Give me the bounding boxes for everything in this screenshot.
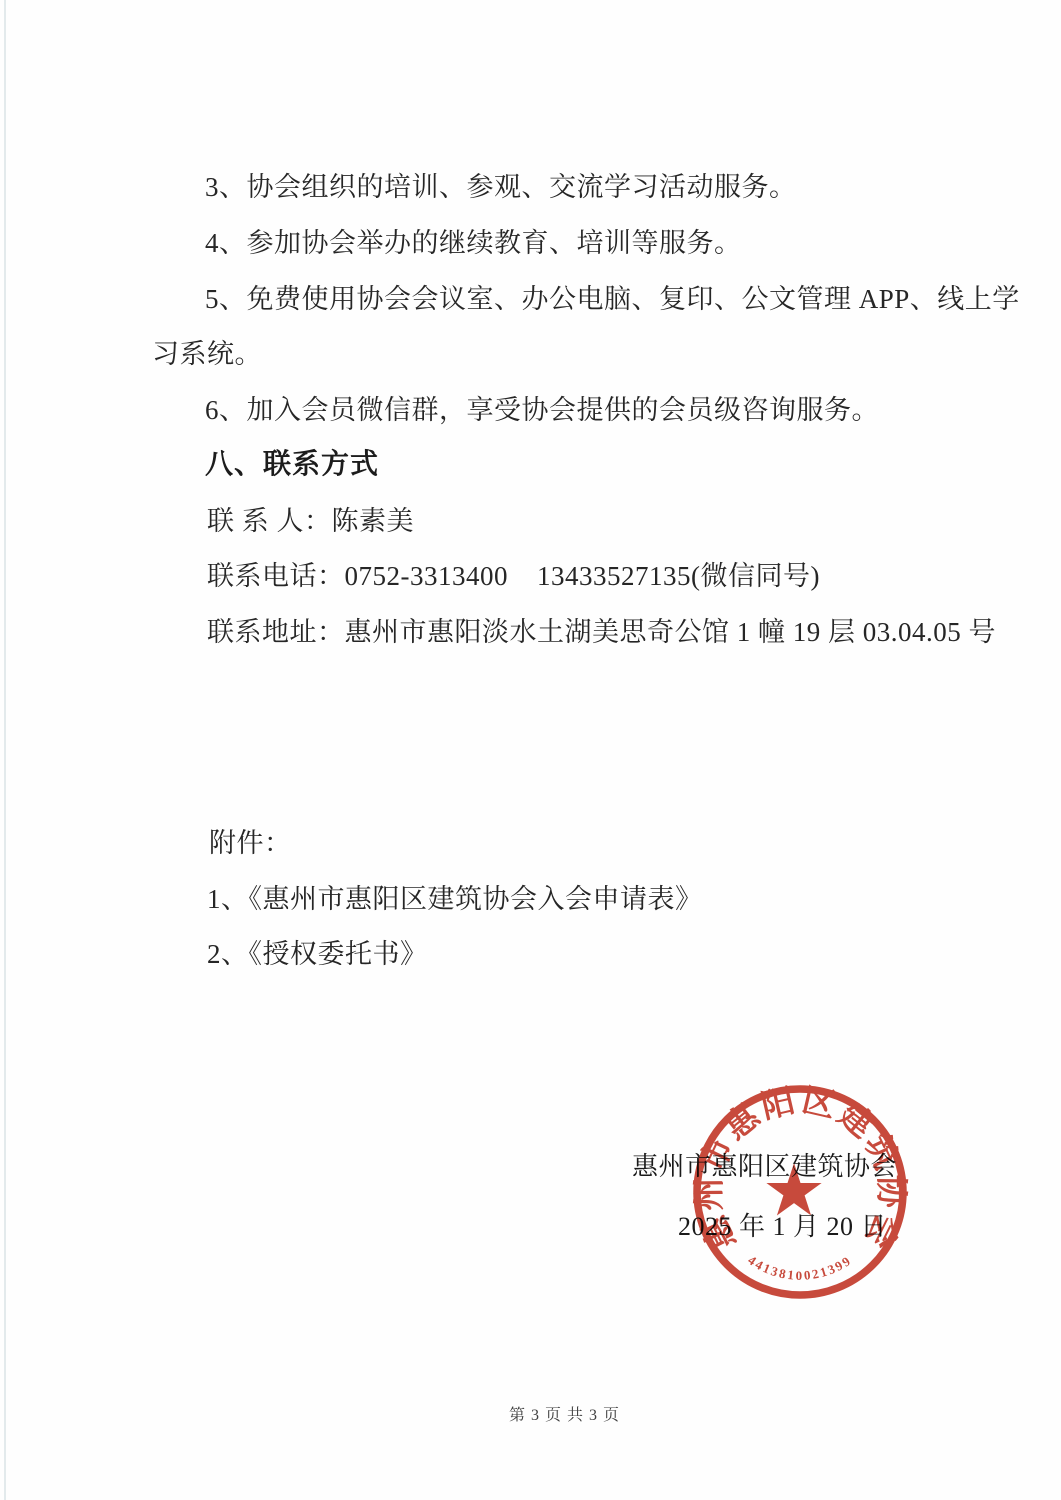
attachments-label: 附件： [209, 828, 292, 858]
body-line-service-5: 5、免费使用协会会议室、办公电脑、复印、公文管理 APP、线上学 [205, 284, 1020, 314]
attachment-item-1: 1、《惠州市惠阳区建筑协会入会申请表》 [207, 884, 703, 914]
seal-code: 4413810021399 [745, 1252, 854, 1283]
official-seal: 惠州市惠阳区建筑协会 4413810021399 [688, 1080, 912, 1304]
attachment-item-2: 2、《授权委托书》 [207, 939, 428, 969]
page-number-footer: 第 3 页 共 3 页 [509, 1401, 620, 1431]
body-line-service-4: 4、参加协会举办的继续教育、培训等服务。 [205, 228, 742, 258]
scan-edge-line [4, 0, 6, 1500]
seal-star-icon [766, 1163, 821, 1216]
contact-person-line: 联 系 人：陈素美 [207, 506, 414, 536]
contact-address-line: 联系地址：惠州市惠阳淡水土湖美思奇公馆 1 幢 19 层 03.04.05 号 [207, 617, 996, 647]
body-line-service-5-cont: 习系统。 [152, 339, 262, 369]
section-heading-contact: 八、联系方式 [205, 449, 379, 479]
seal-ring-text: 惠州市惠阳区建筑协会 [692, 1082, 909, 1257]
body-line-service-6: 6、加入会员微信群，享受协会提供的会员级咨询服务。 [205, 395, 879, 425]
body-line-service-3: 3、协会组织的培训、参观、交流学习活动服务。 [205, 172, 797, 202]
contact-phone-line: 联系电话：0752-3313400 13433527135(微信同号) [207, 561, 820, 591]
document-page: 3、协会组织的培训、参观、交流学习活动服务。 4、参加协会举办的继续教育、培训等… [0, 0, 1061, 1500]
